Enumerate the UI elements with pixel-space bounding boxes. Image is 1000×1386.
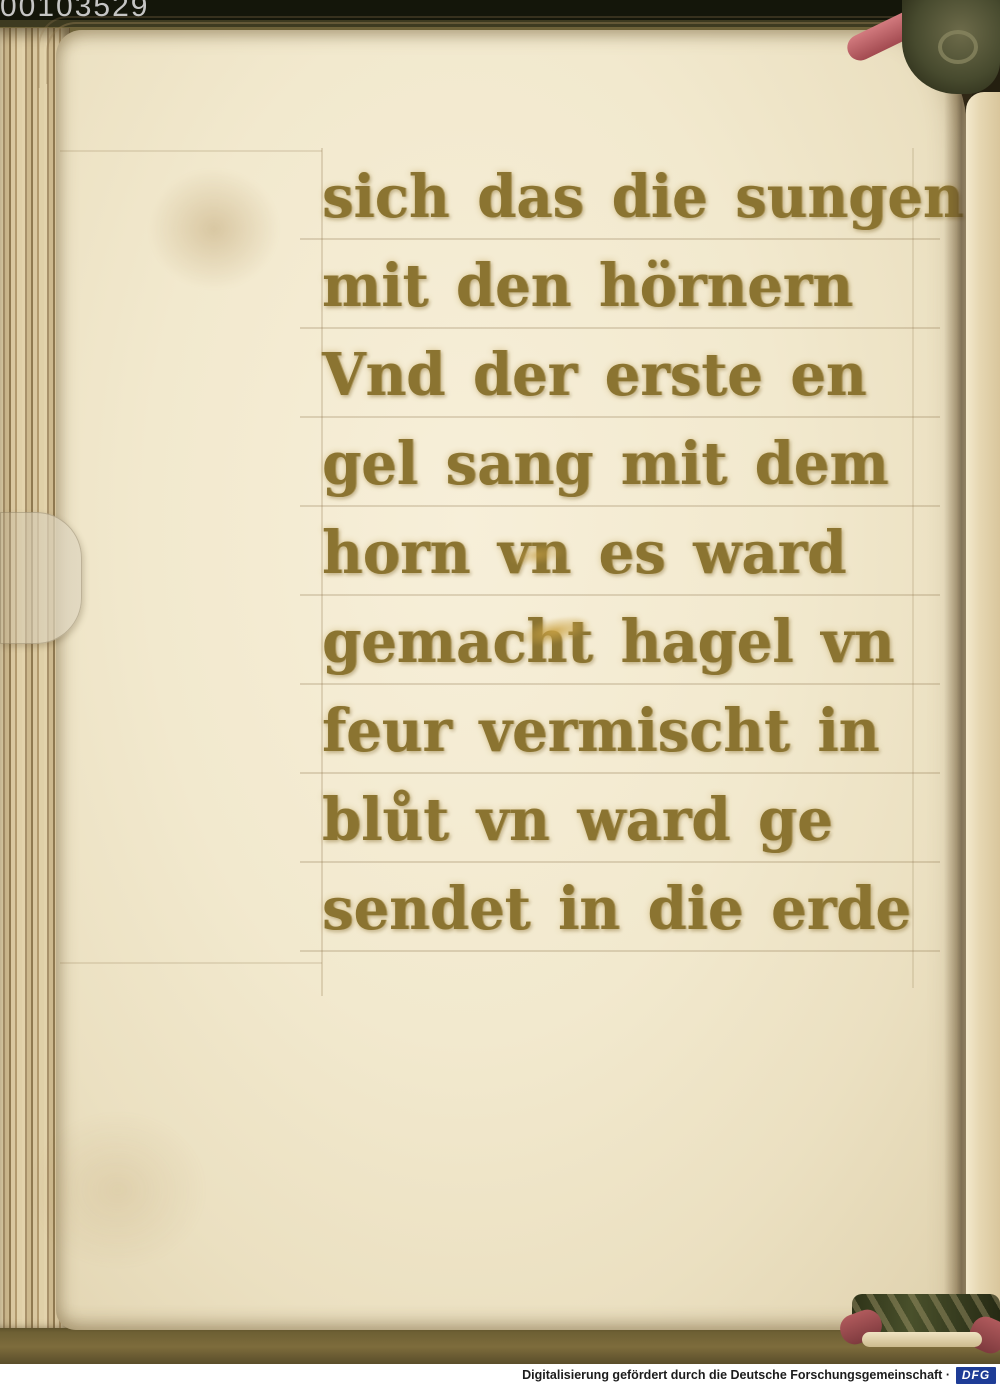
manuscript-line: sich das die sungen xyxy=(322,150,932,244)
endband-cream-strip xyxy=(862,1332,982,1347)
facing-page-sliver xyxy=(966,92,1000,1324)
parchment-stain xyxy=(148,168,280,290)
digitized-manuscript-photo: sich das die sungen mit den hörnern Vnd … xyxy=(0,0,1000,1386)
digitization-caption: Digitalisierung gefördert durch die Deut… xyxy=(522,1368,950,1382)
parchment-stain xyxy=(28,1110,208,1270)
manuscript-line: gemacht hagel vn xyxy=(322,595,932,689)
ruling-horizontal-top xyxy=(60,150,322,152)
manuscript-text-block: sich das die sungen mit den hörnern Vnd … xyxy=(322,150,932,951)
dfg-logo: DFG xyxy=(956,1367,996,1384)
manuscript-line: Vnd der erste en xyxy=(322,328,932,422)
manuscript-line: mit den hörnern xyxy=(322,239,932,333)
manuscript-line: feur vermischt in xyxy=(322,684,932,778)
endband-top xyxy=(852,0,1000,118)
caption-bar: Digitalisierung gefördert durch die Deut… xyxy=(0,1364,1000,1386)
endband-bottom xyxy=(852,1288,1000,1364)
ruling-horizontal-bottom xyxy=(60,962,322,964)
manuscript-line: gel sang mit dem xyxy=(322,417,932,511)
manuscript-line: sendet in die erde xyxy=(322,862,932,956)
manuscript-line: horn vn es ward xyxy=(322,506,932,600)
parchment-bookmark-tab xyxy=(0,512,82,644)
under-page-rim xyxy=(38,16,962,88)
manuscript-line: blůt vn ward ge xyxy=(322,773,932,867)
scan-id-number: 00103529 xyxy=(0,0,149,24)
endband-swirl xyxy=(938,30,978,64)
